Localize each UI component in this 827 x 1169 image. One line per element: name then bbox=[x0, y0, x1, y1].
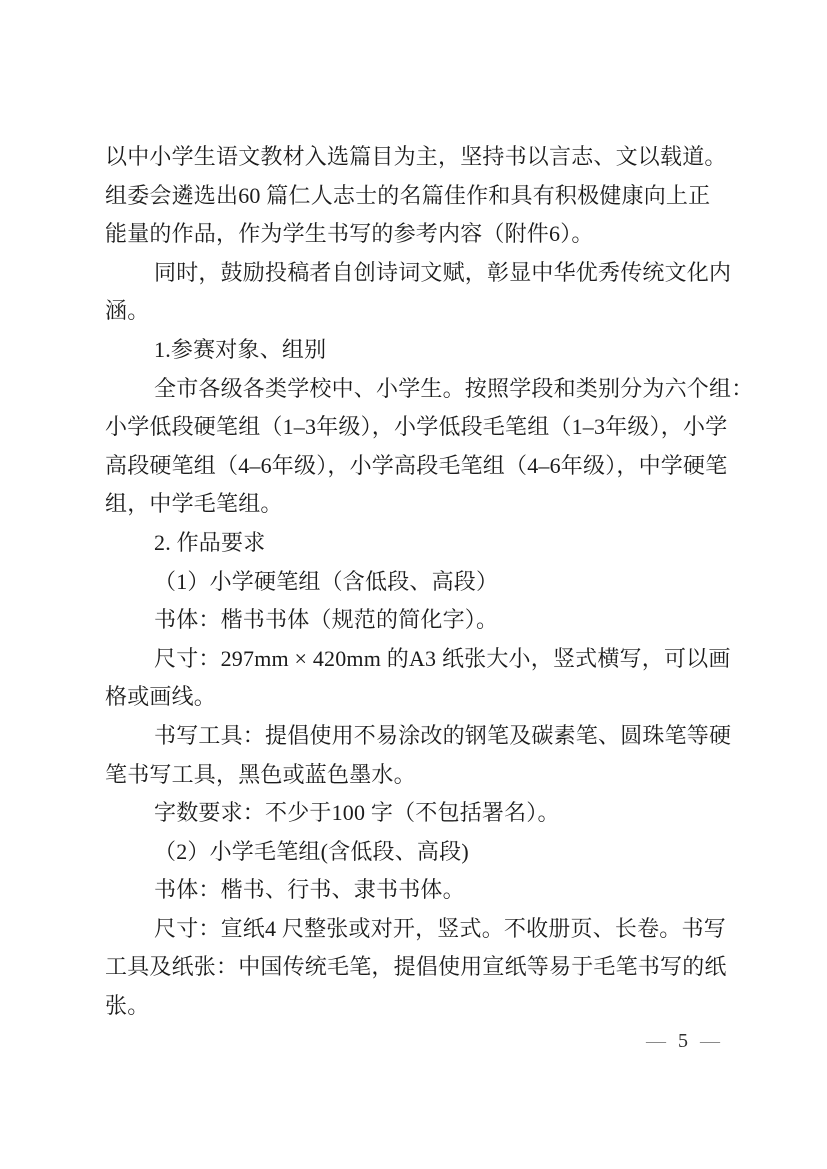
section-heading-participants: 1.参赛对象、组别 bbox=[105, 331, 755, 370]
text-line: 高段硬笔组（4–6年级），小学高段毛笔组（4–6年级），中学硬笔 bbox=[105, 447, 755, 486]
text-line: 书体：楷书书体（规范的简化字）。 bbox=[105, 601, 755, 640]
footer-dash-right: — bbox=[700, 1030, 720, 1052]
text-line: 全市各级各类学校中、小学生。按照学段和类别分为六个组： bbox=[105, 370, 755, 409]
subsection-heading-brush-group: （2）小学毛笔组(含低段、高段) bbox=[105, 833, 755, 872]
text-line: 组，中学毛笔组。 bbox=[105, 485, 755, 524]
text-line: 张。 bbox=[105, 987, 755, 1026]
footer-dash-left: — bbox=[646, 1030, 666, 1052]
document-body: 以中小学生语文教材入选篇目为主，坚持书以言志、文以载道。 组委会遴选出60 篇仁… bbox=[105, 138, 755, 1026]
page-footer: —5— bbox=[646, 1028, 720, 1054]
text-line: 书写工具：提倡使用不易涂改的钢笔及碳素笔、圆珠笔等硬 bbox=[105, 717, 755, 756]
text-line: 涵。 bbox=[105, 292, 755, 331]
text-line: 字数要求：不少于100 字（不包括署名）。 bbox=[105, 794, 755, 833]
text-line: 能量的作品，作为学生书写的参考内容（附件6）。 bbox=[105, 215, 755, 254]
text-line: 笔书写工具，黑色或蓝色墨水。 bbox=[105, 756, 755, 795]
text-line: 同时，鼓励投稿者自创诗词文赋，彰显中华优秀传统文化内 bbox=[105, 254, 755, 293]
text-line: 书体：楷书、行书、隶书书体。 bbox=[105, 871, 755, 910]
text-line: 尺寸：297mm × 420mm 的A3 纸张大小，竖式横写，可以画 bbox=[105, 640, 755, 679]
subsection-heading-hard-pen-group: （1）小学硬笔组（含低段、高段） bbox=[105, 563, 755, 602]
section-heading-work-requirements: 2. 作品要求 bbox=[105, 524, 755, 563]
text-line: 以中小学生语文教材入选篇目为主，坚持书以言志、文以载道。 bbox=[105, 138, 755, 177]
text-line: 小学低段硬笔组（1–3年级），小学低段毛笔组（1–3年级），小学 bbox=[105, 408, 755, 447]
text-line: 组委会遴选出60 篇仁人志士的名篇佳作和具有积极健康向上正 bbox=[105, 177, 755, 216]
document-page: 以中小学生语文教材入选篇目为主，坚持书以言志、文以载道。 组委会遴选出60 篇仁… bbox=[0, 0, 827, 1169]
text-line: 尺寸：宣纸4 尺整张或对开，竖式。不收册页、长卷。书写 bbox=[105, 910, 755, 949]
text-line: 格或画线。 bbox=[105, 678, 755, 717]
text-line: 工具及纸张：中国传统毛笔，提倡使用宣纸等易于毛笔书写的纸 bbox=[105, 948, 755, 987]
page-number: 5 bbox=[678, 1030, 688, 1052]
